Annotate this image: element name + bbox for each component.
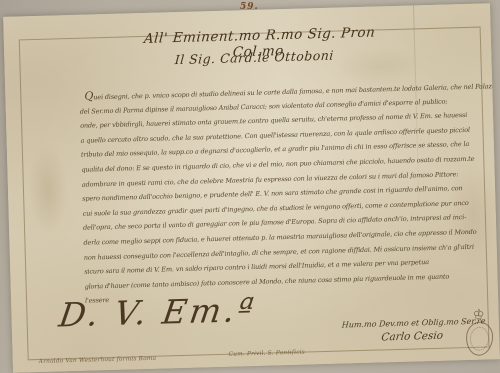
letter-sheet: All' Eminent.mo R.mo Sig. Pron Col.mo Il… bbox=[3, 3, 500, 372]
privilege-imprint: Cum. Privil. S. Pontificis bbox=[229, 350, 305, 358]
letter-body: Quei disegni, che p. vnico scopo di stud… bbox=[79, 79, 480, 309]
manuscript-page: { "page": { "folio_number": "59." }, "le… bbox=[0, 0, 500, 373]
valediction-monogram: D. V. Em.ª bbox=[57, 290, 260, 335]
crown-icon: ♔ bbox=[472, 307, 485, 323]
collection-stamp: ♔ bbox=[457, 308, 500, 363]
